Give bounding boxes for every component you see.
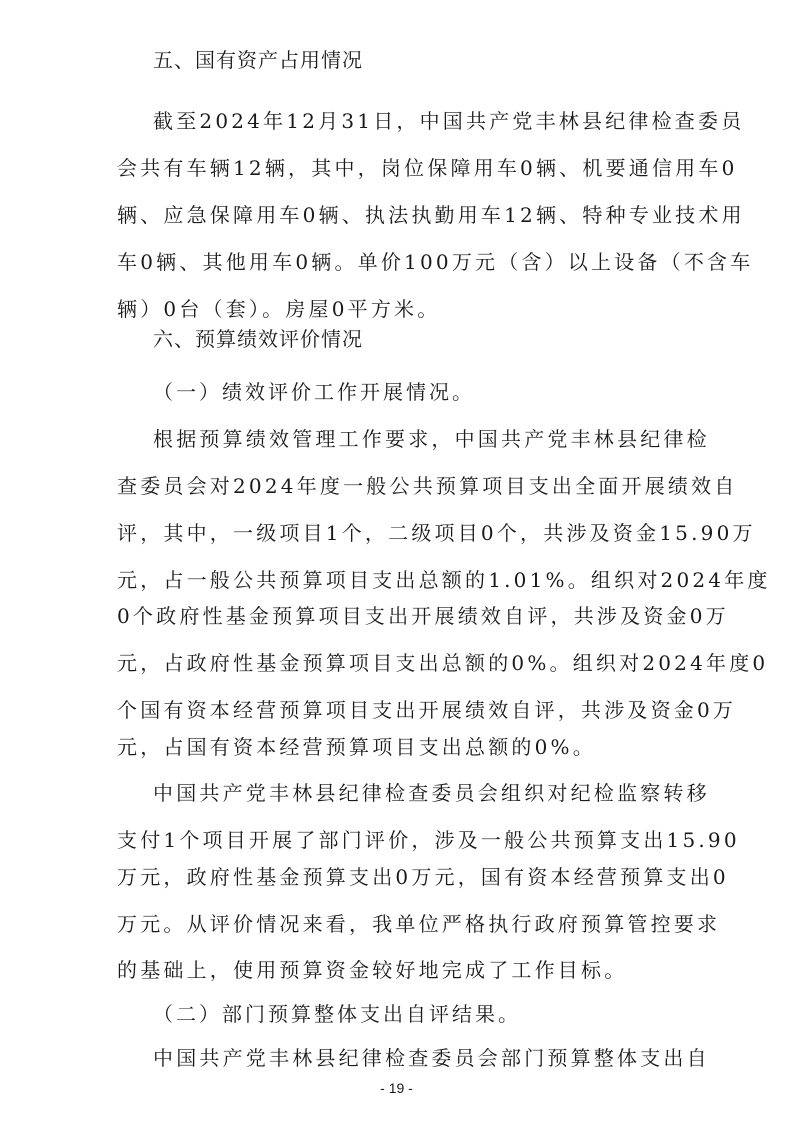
text-line: 元，占一般公共预算项目支出总额的1.01%。组织对2024年度 [117,567,682,593]
text-line: 中国共产党丰林县纪律检查委员会部门预算整体支出自 [153,1045,718,1071]
text-line: 辆）0台（套）。房屋0平方米。 [117,296,682,322]
text-line: 查委员会对2024年度一般公共预算项目支出全面开展绩效自 [117,473,682,499]
text-line: 会共有车辆12辆，其中，岗位保障用车0辆、机要通信用车0 [117,155,682,181]
page-number: - 19 - [0,1080,793,1096]
text-line: 评，其中，一级项目1个，二级项目0个，共涉及资金15.90万 [117,520,682,546]
text-line: 万元，政府性基金预算支出0万元，国有资本经营预算支出0 [117,864,682,890]
text-line: 0个政府性基金预算项目支出开展绩效自评，共涉及资金0万 [117,603,682,629]
text-line: 中国共产党丰林县纪律检查委员会组织对纪检监察转移 [153,780,718,806]
text-line: 万元。从评价情况来看，我单位严格执行政府预算管控要求 [117,911,682,937]
subsection-2-heading: （二）部门预算整体支出自评结果。 [153,1001,718,1027]
text-line: 辆、应急保障用车0辆、执法执勤用车12辆、特种专业技术用 [117,202,682,228]
section-5-heading: 五、国有资产占用情况 [153,47,718,73]
text-line: 元，占政府性基金预算项目支出总额的0%。组织对2024年度0 [117,650,682,676]
text-line: 元，占国有资本经营预算项目支出总额的0%。 [117,734,682,760]
text-line: 个国有资本经营预算项目支出开展绩效自评，共涉及资金0万 [117,697,682,723]
text-line: 的基础上，使用预算资金较好地完成了工作目标。 [117,957,682,983]
section-6-heading: 六、预算绩效评价情况 [153,326,718,352]
text-line: 截至2024年12月31日，中国共产党丰林县纪律检查委员 [153,108,718,134]
text-line: 根据预算绩效管理工作要求，中国共产党丰林县纪律检 [153,426,718,452]
text-line: 车0辆、其他用车0辆。单价100万元（含）以上设备（不含车 [117,249,682,275]
subsection-1-heading: （一）绩效评价工作开展情况。 [153,379,718,405]
text-line: 支付1个项目开展了部门评价，涉及一般公共预算支出15.90 [117,827,682,853]
